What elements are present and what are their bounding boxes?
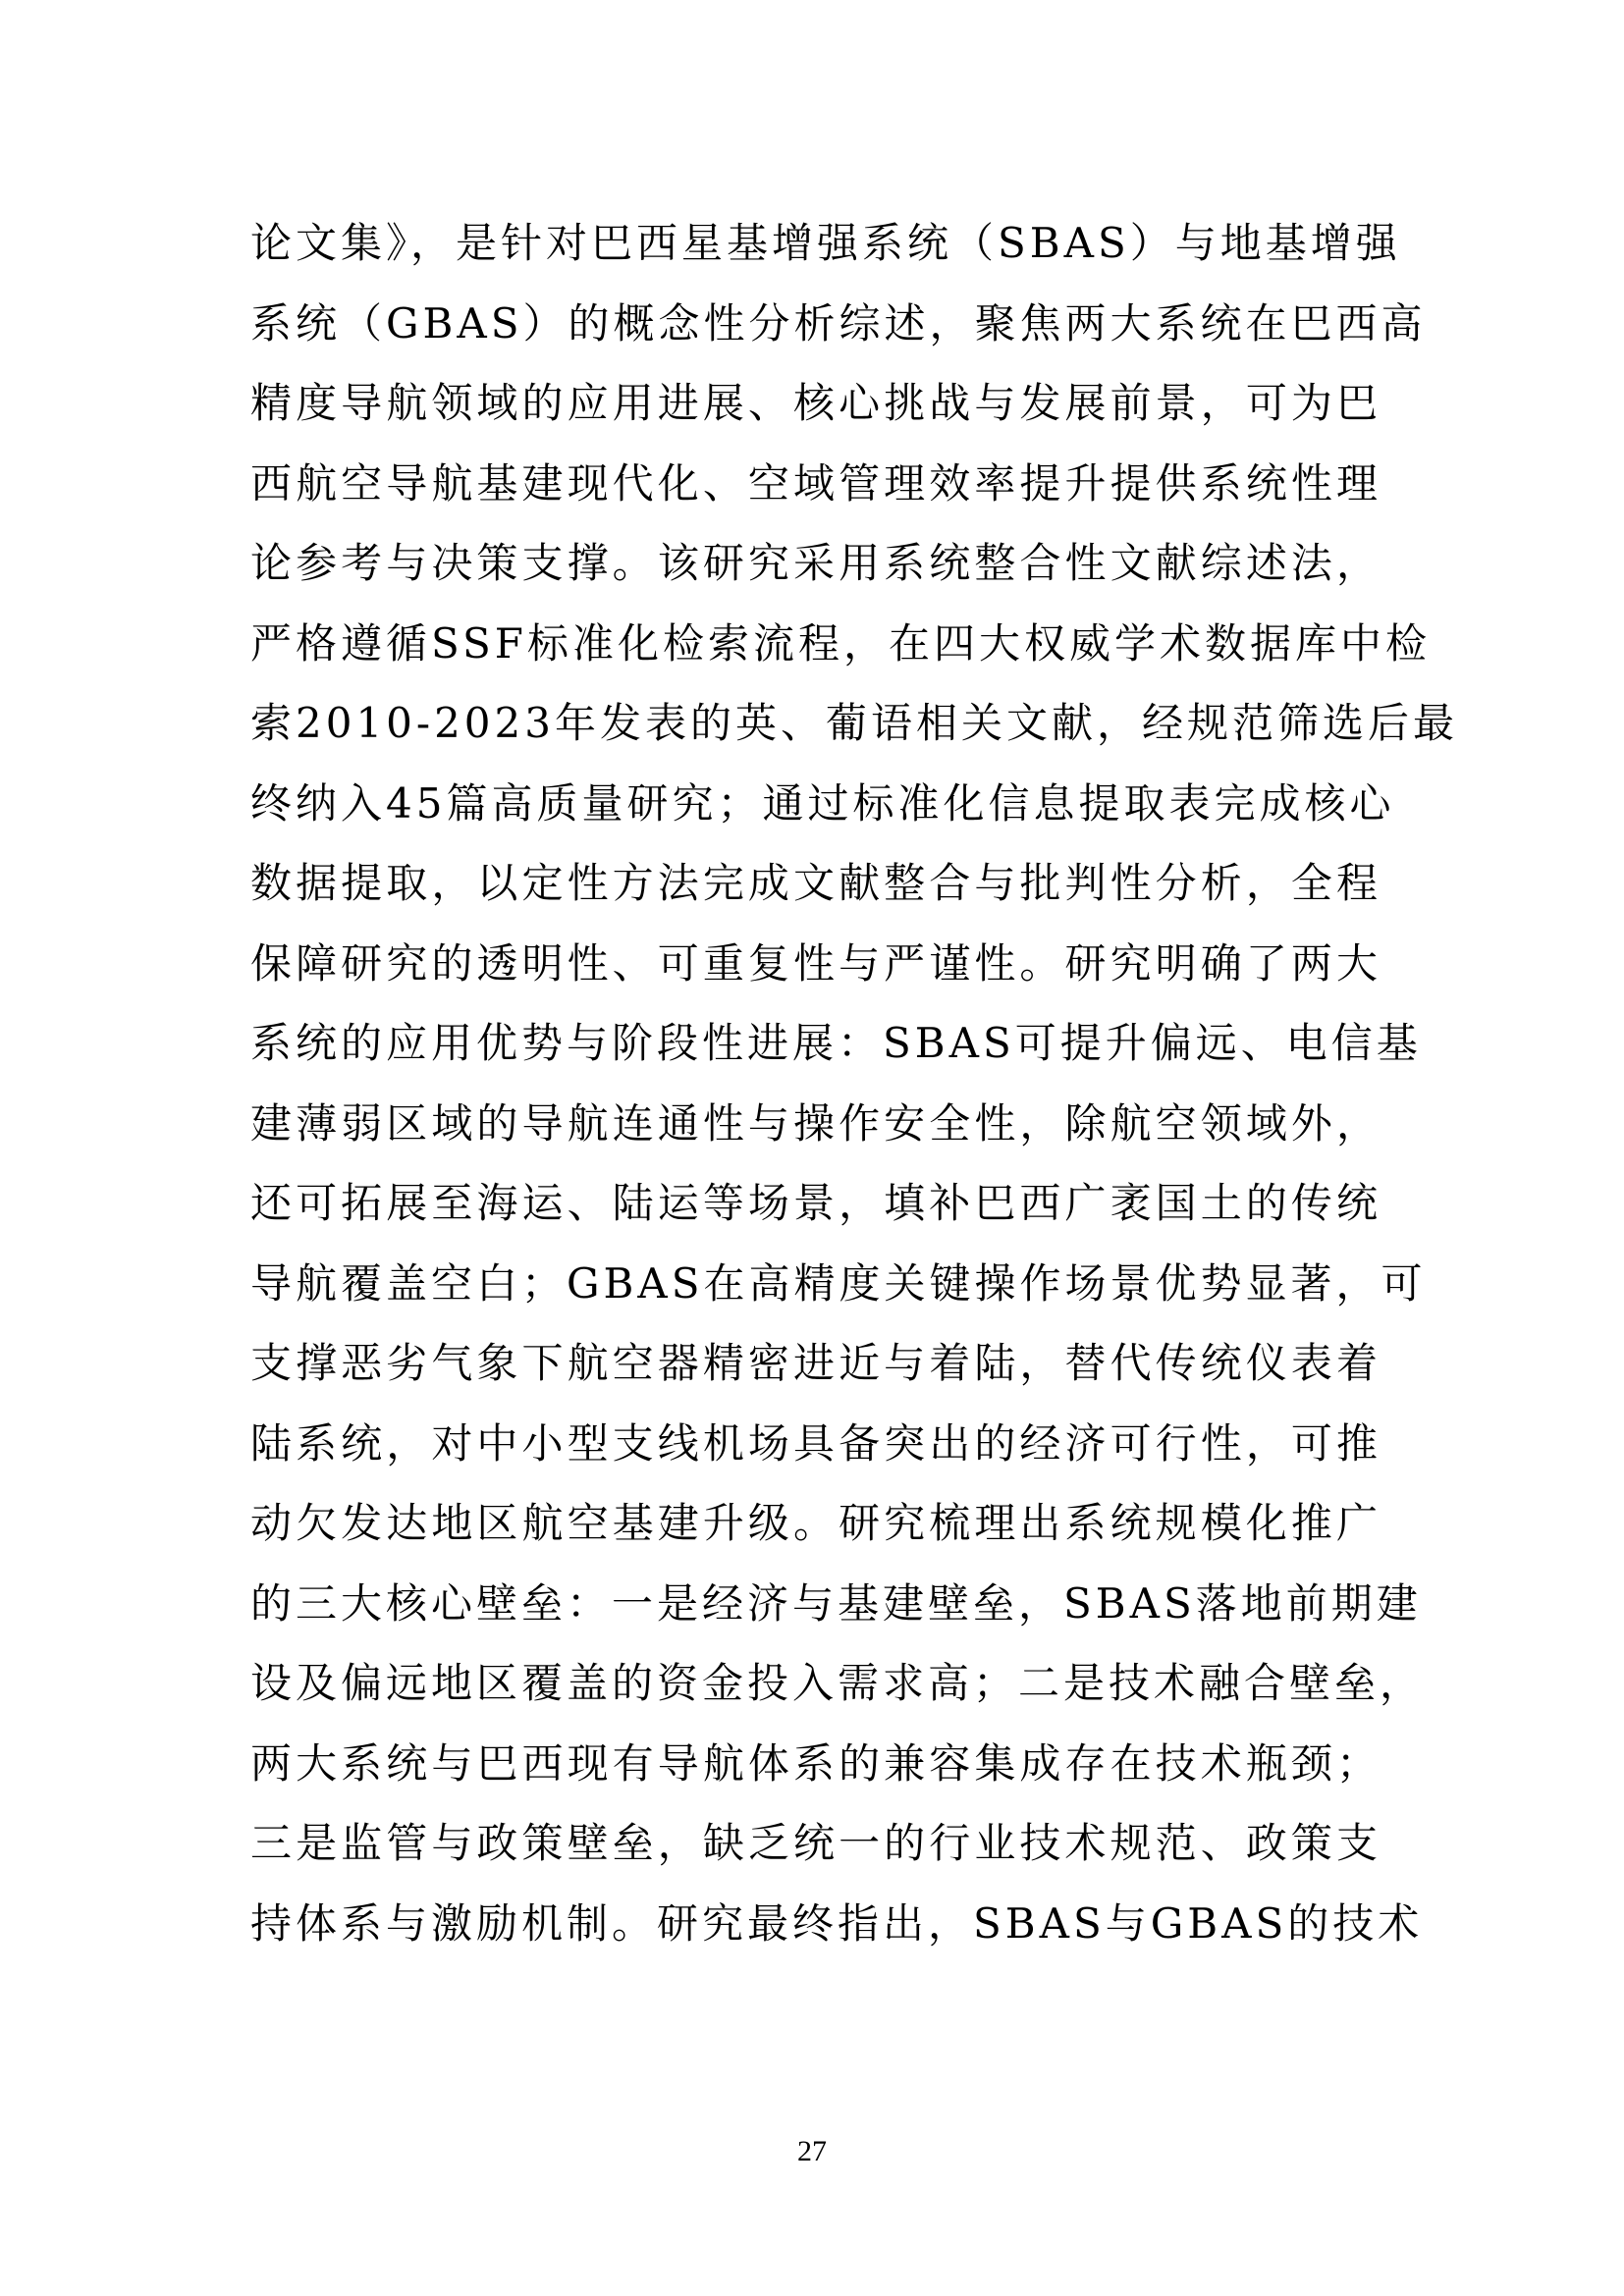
text-line: 的三大核心壁垒：一是经济与基建壁垒，SBAS落地前期建 [250,1578,1381,1659]
text-line: 陆系统，对中小型支线机场具备突出的经济可行性，可推 [250,1418,1381,1499]
text-line: 索2010-2023年发表的英、葡语相关文献，经规范筛选后最 [250,698,1381,778]
text-line: 还可拓展至海运、陆运等场景，填补巴西广袤国土的传统 [250,1178,1381,1258]
body-paragraph: 论文集》，是针对巴西星基增强系统（SBAS）与地基增强 系统（GBAS）的概念性… [250,218,1381,1978]
document-page: 论文集》，是针对巴西星基增强系统（SBAS）与地基增强 系统（GBAS）的概念性… [0,0,1624,2296]
text-line: 论参考与决策支撑。该研究采用系统整合性文献综述法， [250,538,1381,618]
text-line: 数据提取，以定性方法完成文献整合与批判性分析，全程 [250,858,1381,938]
page-number: 27 [0,2132,1624,2171]
text-line: 系统（GBAS）的概念性分析综述，聚焦两大系统在巴西高 [250,298,1381,379]
text-line: 西航空导航基建现代化、空域管理效率提升提供系统性理 [250,458,1381,539]
text-line: 论文集》，是针对巴西星基增强系统（SBAS）与地基增强 [250,218,1381,298]
text-line: 严格遵循SSF标准化检索流程，在四大权威学术数据库中检 [250,618,1381,699]
text-line: 精度导航领域的应用进展、核心挑战与发展前景，可为巴 [250,378,1381,458]
text-line: 建薄弱区域的导航连通性与操作安全性，除航空领域外， [250,1098,1381,1179]
text-line: 设及偏远地区覆盖的资金投入需求高；二是技术融合壁垒， [250,1658,1381,1738]
text-line: 动欠发达地区航空基建升级。研究梳理出系统规模化推广 [250,1498,1381,1578]
text-line: 导航覆盖空白；GBAS在高精度关键操作场景优势显著，可 [250,1258,1381,1339]
text-line: 终纳入45篇高质量研究；通过标准化信息提取表完成核心 [250,778,1381,859]
text-line: 三是监管与政策壁垒，缺乏统一的行业技术规范、政策支 [250,1818,1381,1898]
text-line: 系统的应用优势与阶段性进展：SBAS可提升偏远、电信基 [250,1018,1381,1098]
text-line: 保障研究的透明性、可重复性与严谨性。研究明确了两大 [250,938,1381,1019]
text-line: 两大系统与巴西现有导航体系的兼容集成存在技术瓶颈； [250,1738,1381,1819]
text-line: 持体系与激励机制。研究最终指出，SBAS与GBAS的技术 [250,1898,1381,1979]
text-line: 支撑恶劣气象下航空器精密进近与着陆，替代传统仪表着 [250,1338,1381,1418]
